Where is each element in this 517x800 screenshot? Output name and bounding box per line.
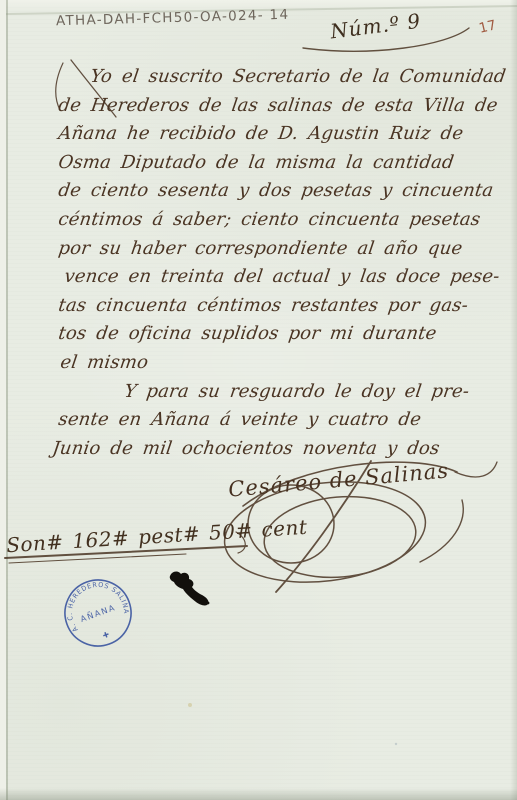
paper-bottom-edge <box>0 788 517 800</box>
manuscript-line: de ciento sesenta y dos pesetas y cincue… <box>56 180 517 209</box>
manuscript-line: tos de oficina suplidos por mi durante <box>56 323 517 352</box>
manuscript-body: Yo el suscrito Secretario de la Comunida… <box>0 66 517 466</box>
stamp-cross-icon: ✚ <box>102 630 111 641</box>
manuscript-line: Yo el suscrito Secretario de la Comunida… <box>88 66 517 95</box>
stamp-center-text: AÑANA <box>79 602 117 624</box>
manuscript-line: por su haber correspondiente al año que <box>56 238 517 267</box>
manuscript-line: sente en Añana á veinte y cuatro de <box>56 409 517 438</box>
ink-blot <box>170 572 210 606</box>
manuscript-line: Osma Diputado de la misma la cantidad <box>56 152 517 181</box>
page-number: 17 <box>477 17 497 36</box>
manuscript-line: tas cincuenta céntimos restantes por gas… <box>56 295 517 324</box>
manuscript-line: céntimos á saber; ciento cincuenta peset… <box>56 209 517 238</box>
manuscript-line: el mismo <box>58 352 517 381</box>
manuscript-line: de Herederos de las salinas de esta Vill… <box>56 95 517 124</box>
amount-summary-line: Son# 162# pest# 50# cent <box>6 515 309 557</box>
manuscript-line: Y para su resguardo le doy el pre- <box>122 381 517 410</box>
manuscript-line: vence en treinta del actual y las doce p… <box>62 266 517 295</box>
scanned-document-page: ATHA-DAH-FCH50-OA-024- 14 Núm.º 9 17 Yo … <box>0 0 517 800</box>
manuscript-line: Añana he recibido de D. Agustin Ruiz de <box>56 123 517 152</box>
document-number-label: Núm.º 9 <box>329 9 422 44</box>
stamp-outer-ring <box>56 571 141 656</box>
